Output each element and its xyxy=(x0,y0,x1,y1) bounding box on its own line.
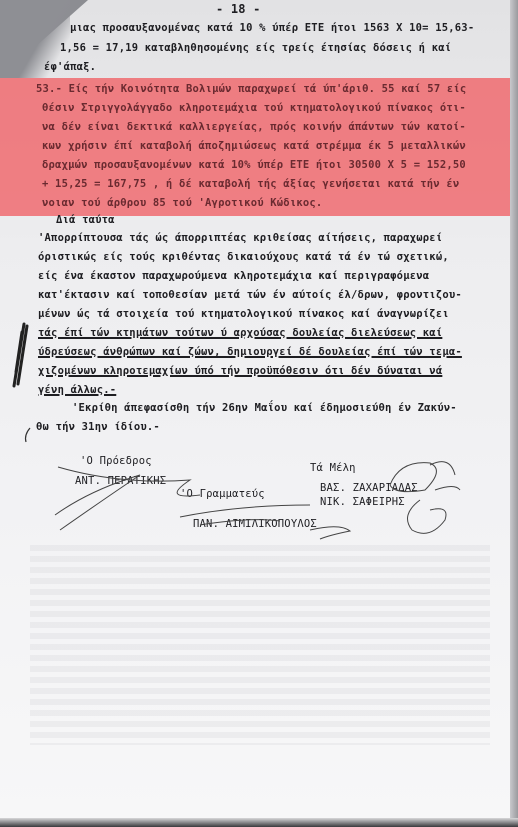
text-line: θω τήν 31ην ίδίου.- xyxy=(36,421,160,433)
pen-mark xyxy=(18,425,38,445)
text-line: έφ'άπαξ. xyxy=(44,61,96,73)
highlighted-line: + 15,25 = 167,75 , ή δέ καταβολή τής άξί… xyxy=(42,178,459,190)
text-line: κατ'έκτασιν καί τοποθεσίαν μετά τών έν α… xyxy=(38,289,462,301)
highlighted-line: δραχμών προσαυξανομένων κατά 10% ύπέρ ΕΤ… xyxy=(42,159,466,171)
section-heading: Διά ταύτα xyxy=(56,214,115,226)
underlined-line: ύδρεύσεως άνθρώπων καί ζώων, δημιουργεί … xyxy=(38,346,462,358)
highlighted-line: κων χρήσιν έπί καταβολή άποζημιώσεως κατ… xyxy=(42,140,466,152)
handwritten-signatures xyxy=(50,455,470,545)
page-bottom-shadow xyxy=(0,818,518,827)
underlined-line: χιζομένων κληροτεμαχίων ύπό τήν προϋπόθε… xyxy=(38,365,442,377)
document-page: - 18 - μιας προσαυξανομένας κατά 10 % ύπ… xyxy=(0,0,510,818)
highlighted-line: 53.- Είς τήν Κοινότητα Βολιμών παραχωρεί… xyxy=(36,83,466,95)
text-line: μένων ώς τά στοιχεία τού κτηματολογικού … xyxy=(38,308,449,320)
text-line: 'Απορρίπτουσα τάς ώς άπορριπτέας κριθείσ… xyxy=(38,232,442,244)
underlined-line: τάς έπί τών κτημάτων τούτων ύ αρχούσας δ… xyxy=(38,327,442,339)
text-line: 'Εκρίθη άπεφασίσθη τήν 26ην Μαΐου καί έδ… xyxy=(72,402,457,414)
text-line: είς ένα έκαστον παραχωρούμενα κληροτεμάχ… xyxy=(38,270,429,282)
highlighted-line: νοιαν τού άρθρου 85 τού 'Αγροτικού Κώδικ… xyxy=(42,197,322,209)
highlighted-line: να δέν είναι δεκτικά καλλιεργείας, πρός … xyxy=(42,121,466,133)
page-edge-shadow xyxy=(510,0,518,827)
text-line: μιας προσαυξανομένας κατά 10 % ύπέρ ΕΤΕ … xyxy=(70,22,474,34)
margin-bracket-mark xyxy=(10,322,30,388)
bleed-through-text xyxy=(30,545,490,745)
page-number: - 18 - xyxy=(216,2,261,16)
underlined-line: γένη άλλως.- xyxy=(38,384,116,396)
text-line: όριστικώς είς τούς κριθέντας δικαιούχους… xyxy=(38,251,449,263)
text-line: 1,56 = 17,19 καταβληθησομένης είς τρείς … xyxy=(60,42,451,54)
highlighted-line: θέσιν Στριγγολάγγαδο κληροτεμάχια τού κτ… xyxy=(42,102,466,114)
